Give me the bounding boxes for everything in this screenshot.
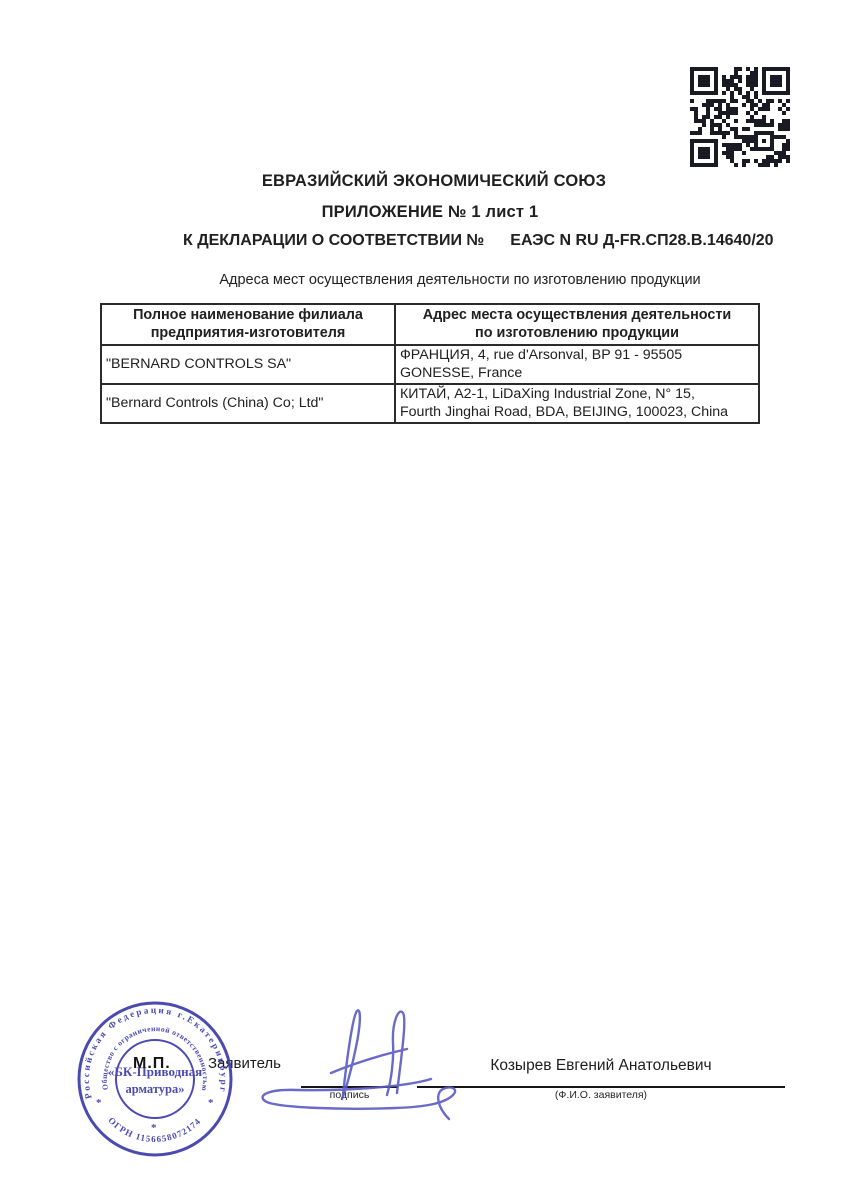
applicant-signature: [235, 995, 475, 1135]
signature-graphic: [235, 995, 475, 1135]
annex-line: ПРИЛОЖЕНИЕ № 1 лист 1: [6, 203, 848, 222]
declaration-label: К ДЕКЛАРАЦИИ О СООТВЕТСТВИИ №: [183, 232, 484, 250]
manufacturer-address-cell: ФРАНЦИЯ, 4, rue d'Arsonval, BP 91 - 9550…: [395, 345, 759, 384]
declaration-line: К ДЕКЛАРАЦИИ О СООТВЕТСТВИИ № ЕАЭС N RU …: [183, 232, 774, 250]
manufacturers-table-wrap: Полное наименование филиала предприятия-…: [100, 303, 760, 424]
products-subtitle: Адреса мест осуществления деятельности п…: [72, 272, 848, 288]
manufacturer-name-cell: "Bernard Controls (China) Co; Ltd": [101, 384, 395, 423]
table-row: "Bernard Controls (China) Co; Ltd" КИТАЙ…: [101, 384, 759, 423]
stamp-inner-circle: [116, 1040, 194, 1118]
manufacturers-table: Полное наименование филиала предприятия-…: [100, 303, 760, 424]
qr-code: [690, 67, 790, 167]
qr-code-graphic: [690, 67, 790, 167]
company-stamp: Российская Федерация г.Екатеринбург ОГРН…: [76, 1000, 234, 1158]
stamp-graphic: Российская Федерация г.Екатеринбург ОГРН…: [76, 1000, 234, 1158]
stamp-separator-right: *: [208, 1097, 214, 1109]
table-header-row: Полное наименование филиала предприятия-…: [101, 304, 759, 345]
stamp-separator-bottom: *: [151, 1122, 157, 1134]
stamp-center-line2: арматура»: [125, 1082, 184, 1096]
table-row: "BERNARD CONTROLS SA" ФРАНЦИЯ, 4, rue d'…: [101, 345, 759, 384]
stamp-separator-left: *: [96, 1097, 102, 1109]
union-title: ЕВРАЗИЙСКИЙ ЭКОНОМИЧЕСКИЙ СОЮЗ: [10, 172, 848, 191]
stamp-place-mark: М.П.: [133, 1055, 171, 1073]
document-page: ЕВРАЗИЙСКИЙ ЭКОНОМИЧЕСКИЙ СОЮЗ ПРИЛОЖЕНИ…: [0, 0, 848, 1200]
column-header-address: Адрес места осуществления деятельности п…: [395, 304, 759, 345]
column-header-name: Полное наименование филиала предприятия-…: [101, 304, 395, 345]
declaration-number: ЕАЭС N RU Д-FR.СП28.В.14640/20: [510, 232, 773, 250]
manufacturer-address-cell: КИТАЙ, А2-1, LiDaXing Industrial Zone, N…: [395, 384, 759, 423]
manufacturer-name-cell: "BERNARD CONTROLS SA": [101, 345, 395, 384]
